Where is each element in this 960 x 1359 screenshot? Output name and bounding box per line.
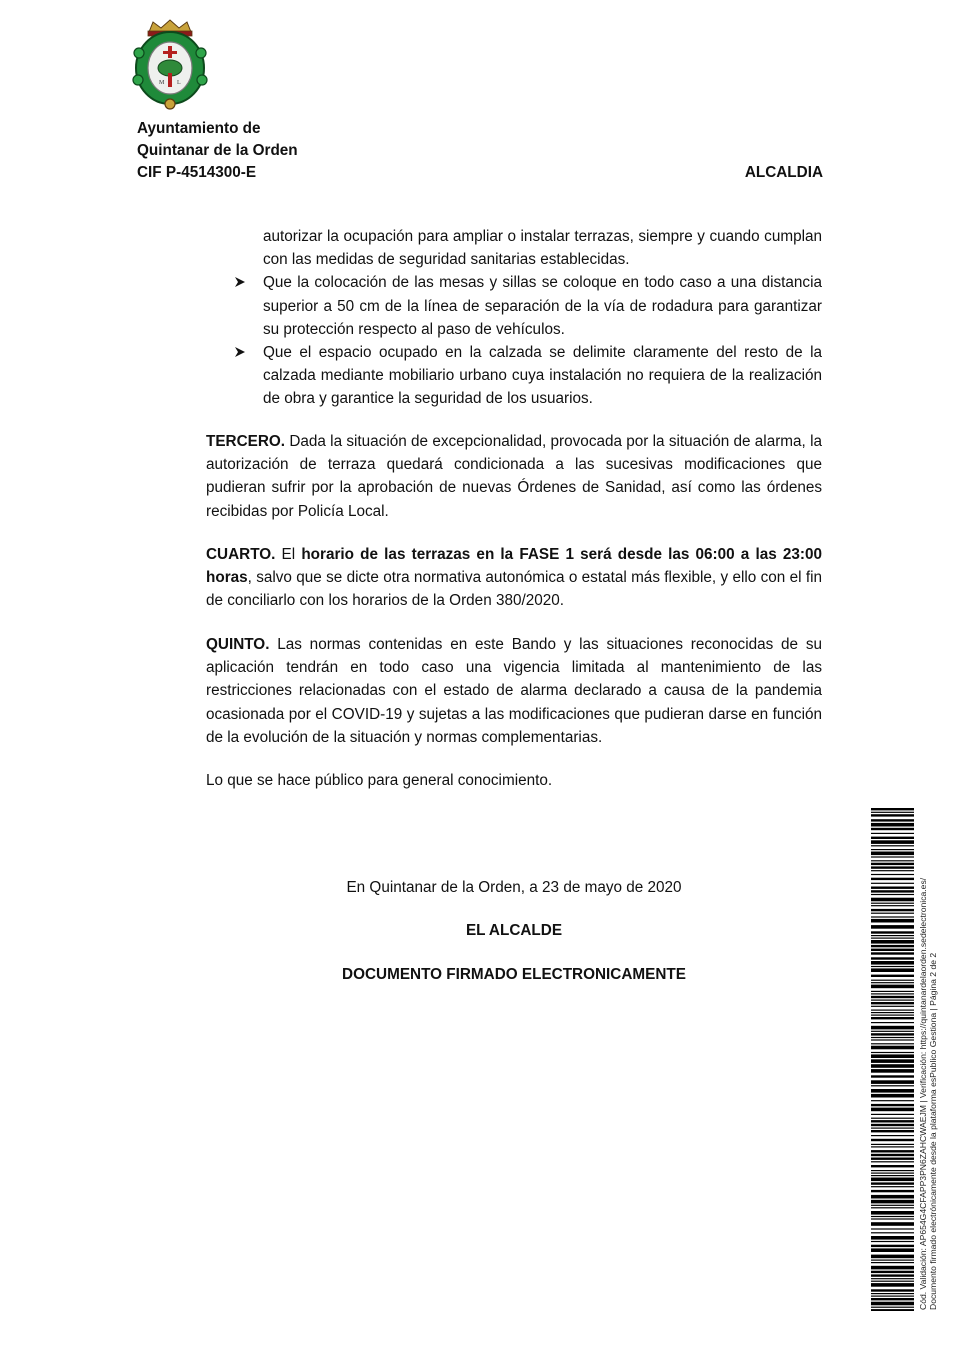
svg-text:L: L: [177, 80, 181, 86]
validation-line1: Cód. Validación: AP654G4CFAPP3PN6ZAHCWAE…: [918, 807, 928, 1310]
bullet-continuation: autorizar la ocupación para ampliar o in…: [206, 225, 822, 271]
section-tercero: TERCERO. Dada la situación de excepciona…: [206, 430, 822, 523]
org-name-line1: Ayuntamiento de: [137, 118, 298, 140]
bullet-list: autorizar la ocupación para ampliar o in…: [206, 225, 822, 411]
arrow-bullet-icon: [234, 271, 248, 295]
validation-line2: Documento firmado electrónicamente desde…: [928, 807, 938, 1310]
section-label: CUARTO.: [206, 546, 275, 563]
bullet-item: Que la colocación de las mesas y sillas …: [206, 271, 822, 341]
section-text-pre: El: [275, 546, 301, 563]
signature-place-date: En Quintanar de la Orden, a 23 de mayo d…: [206, 877, 822, 899]
section-label: TERCERO.: [206, 433, 285, 450]
section-label: QUINTO.: [206, 636, 269, 653]
section-text: , salvo que se dicte otra normativa auto…: [206, 569, 822, 609]
section-text: Dada la situación de excepcionalidad, pr…: [206, 433, 822, 520]
barcode-icon: [871, 808, 914, 1311]
bullet-text: Que la colocación de las mesas y sillas …: [263, 274, 822, 337]
org-header: Ayuntamiento de Quintanar de la Orden CI…: [137, 118, 298, 184]
signature-status: DOCUMENTO FIRMADO ELECTRONICAMENTE: [206, 964, 822, 986]
svg-text:M: M: [159, 80, 165, 86]
document-page: M L Ayuntamiento de Quintanar de la Orde…: [0, 0, 960, 1359]
section-quinto: QUINTO. Las normas contenidas en este Ba…: [206, 633, 822, 749]
closing-text: Lo que se hace público para general cono…: [206, 769, 822, 792]
section-text: Las normas contenidas en este Bando y la…: [206, 636, 822, 746]
org-cif: CIF P-4514300-E: [137, 162, 298, 184]
bullet-text: Que el espacio ocupado en la calzada se …: [263, 344, 822, 407]
department-label: ALCALDIA: [745, 162, 823, 184]
validation-text: Cód. Validación: AP654G4CFAPP3PN6ZAHCWAE…: [918, 807, 938, 1310]
section-cuarto: CUARTO. El horario de las terrazas en la…: [206, 543, 822, 613]
bullet-item: Que el espacio ocupado en la calzada se …: [206, 341, 822, 411]
signature-title: EL ALCALDE: [206, 920, 822, 942]
coat-of-arms-icon: M L: [131, 18, 209, 110]
arrow-bullet-icon: [234, 341, 248, 365]
org-name-line2: Quintanar de la Orden: [137, 140, 298, 162]
